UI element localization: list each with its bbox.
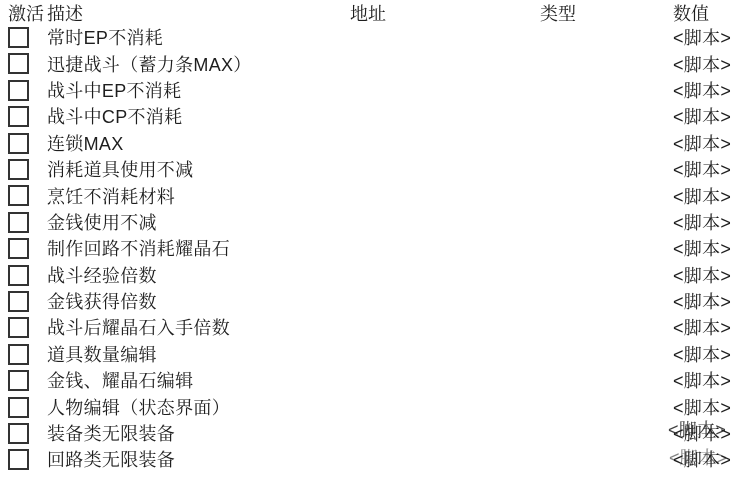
row-value: <脚本>: [673, 235, 745, 261]
table-header: 激活 描述 地址 类型 数值: [8, 4, 745, 24]
activate-checkbox[interactable]: [8, 370, 29, 391]
table-row[interactable]: 消耗道具使用不减<脚本>: [8, 156, 745, 182]
activate-checkbox[interactable]: [8, 53, 29, 74]
activate-checkbox[interactable]: [8, 397, 29, 418]
row-value: <脚本>: [673, 420, 745, 446]
table-row[interactable]: 金钱使用不减<脚本>: [8, 209, 745, 235]
row-description: 消耗道具使用不减: [47, 156, 350, 182]
row-value: <脚本>: [673, 314, 745, 340]
table-row[interactable]: 道具数量编辑<脚本>: [8, 341, 745, 367]
row-value: <脚本>: [673, 262, 745, 288]
row-description: 金钱、耀晶石编辑: [47, 367, 350, 393]
activate-checkbox[interactable]: [8, 159, 29, 180]
activate-checkbox[interactable]: [8, 344, 29, 365]
row-value: <脚本>: [673, 288, 745, 314]
row-description: 战斗中CP不消耗: [47, 103, 350, 129]
table-row[interactable]: 战斗中EP不消耗<脚本>: [8, 77, 745, 103]
row-description: 战斗后耀晶石入手倍数: [47, 314, 350, 340]
row-description: 制作回路不消耗耀晶石: [47, 235, 350, 261]
row-value: <脚本>: [673, 183, 745, 209]
table-row[interactable]: 人物编辑（状态界面）<脚本>: [8, 393, 745, 419]
activate-checkbox[interactable]: [8, 106, 29, 127]
row-description: 烹饪不消耗材料: [47, 183, 350, 209]
row-description: 道具数量编辑: [47, 341, 350, 367]
row-value: <脚本>: [673, 394, 745, 420]
table-row[interactable]: 连锁MAX<脚本>: [8, 130, 745, 156]
cheat-table: 激活 描述 地址 类型 数值 常时EP不消耗<脚本>迅捷战斗（蓄力条MAX）<脚…: [0, 0, 745, 473]
activate-checkbox[interactable]: [8, 423, 29, 444]
row-description: 金钱获得倍数: [47, 288, 350, 314]
cheat-table-rows: 常时EP不消耗<脚本>迅捷战斗（蓄力条MAX）<脚本>战斗中EP不消耗<脚本>战…: [8, 24, 745, 473]
table-row[interactable]: 制作回路不消耗耀晶石<脚本>: [8, 235, 745, 261]
row-value: <脚本>: [673, 341, 745, 367]
table-row[interactable]: 金钱、耀晶石编辑<脚本>: [8, 367, 745, 393]
row-description: 连锁MAX: [47, 130, 350, 156]
row-description: 常时EP不消耗: [47, 24, 350, 50]
column-header-type[interactable]: 类型: [540, 4, 673, 24]
activate-checkbox[interactable]: [8, 265, 29, 286]
table-row[interactable]: 烹饪不消耗材料<脚本>: [8, 182, 745, 208]
table-row[interactable]: 战斗后耀晶石入手倍数<脚本>: [8, 314, 745, 340]
table-row[interactable]: 装备类无限装备<脚本>: [8, 420, 745, 446]
row-description: 回路类无限装备: [47, 446, 350, 472]
row-description: 迅捷战斗（蓄力条MAX）: [47, 51, 350, 77]
column-header-value[interactable]: 数值: [673, 4, 745, 24]
table-row[interactable]: 迅捷战斗（蓄力条MAX）<脚本>: [8, 50, 745, 76]
row-description: 人物编辑（状态界面）: [47, 394, 350, 420]
table-row[interactable]: 战斗中CP不消耗<脚本>: [8, 103, 745, 129]
column-header-activate[interactable]: 激活: [8, 4, 47, 24]
table-row[interactable]: 战斗经验倍数<脚本>: [8, 262, 745, 288]
row-value: <脚本>: [673, 77, 745, 103]
row-value: <脚本>: [673, 130, 745, 156]
row-description: 战斗中EP不消耗: [47, 77, 350, 103]
table-row[interactable]: 回路类无限装备<脚本>: [8, 446, 745, 472]
table-row[interactable]: 金钱获得倍数<脚本>: [8, 288, 745, 314]
activate-checkbox[interactable]: [8, 80, 29, 101]
activate-checkbox[interactable]: [8, 449, 29, 470]
row-value: <脚本>: [673, 446, 745, 472]
row-description: 装备类无限装备: [47, 420, 350, 446]
row-value: <脚本>: [673, 156, 745, 182]
activate-checkbox[interactable]: [8, 133, 29, 154]
table-row[interactable]: 常时EP不消耗<脚本>: [8, 24, 745, 50]
activate-checkbox[interactable]: [8, 291, 29, 312]
activate-checkbox[interactable]: [8, 317, 29, 338]
column-header-description[interactable]: 描述: [47, 4, 350, 24]
column-header-address[interactable]: 地址: [350, 4, 540, 24]
row-value: <脚本>: [673, 24, 745, 50]
row-description: 战斗经验倍数: [47, 262, 350, 288]
row-value: <脚本>: [673, 51, 745, 77]
row-description: 金钱使用不减: [47, 209, 350, 235]
activate-checkbox[interactable]: [8, 212, 29, 233]
row-value: <脚本>: [673, 367, 745, 393]
row-value: <脚本>: [673, 209, 745, 235]
activate-checkbox[interactable]: [8, 185, 29, 206]
activate-checkbox[interactable]: [8, 27, 29, 48]
row-value: <脚本>: [673, 103, 745, 129]
activate-checkbox[interactable]: [8, 238, 29, 259]
